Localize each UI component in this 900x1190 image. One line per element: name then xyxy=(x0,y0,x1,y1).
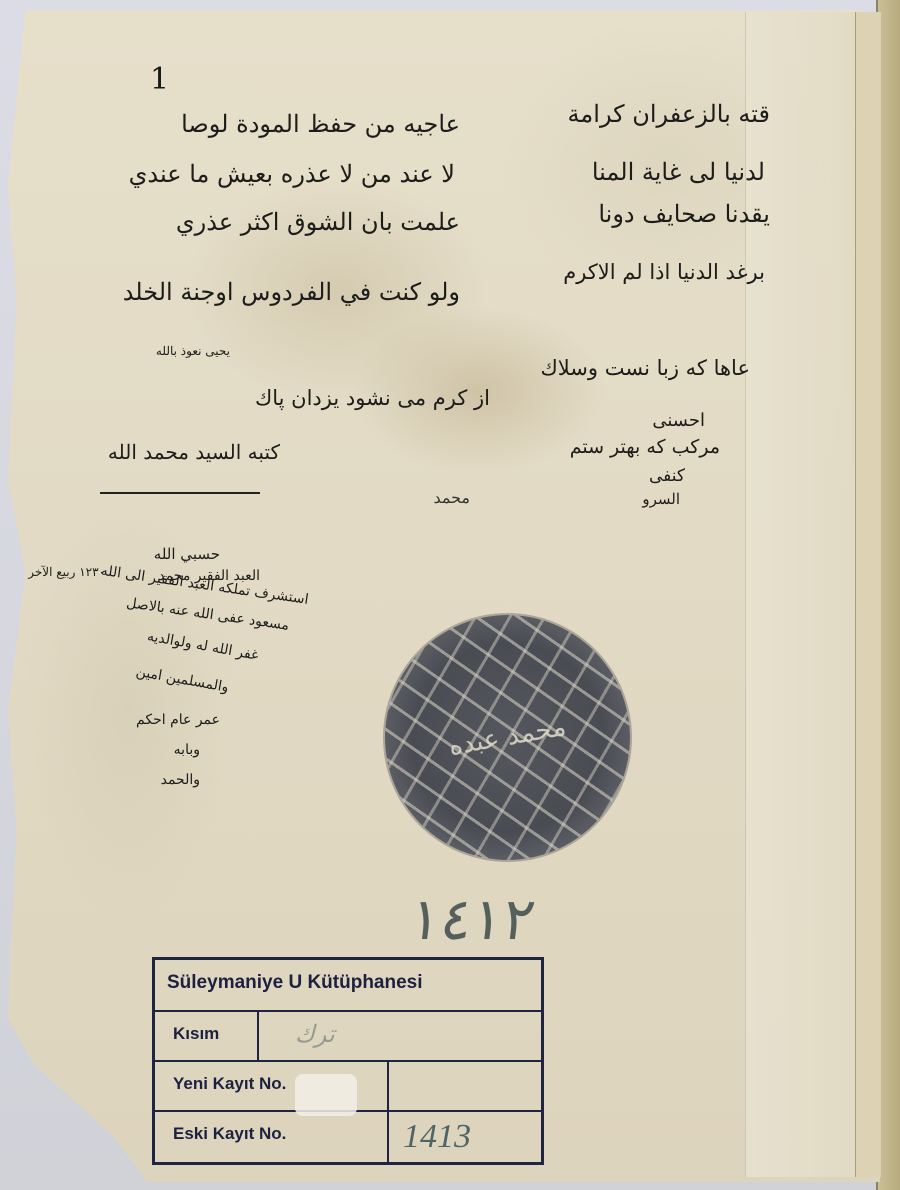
triangle-note-line-8: والحمد xyxy=(161,772,200,788)
stamp-value-kisim: ترك xyxy=(295,1020,335,1049)
folio-number: 1 xyxy=(150,62,169,97)
verse-line-1-left: عاجيه من حفظ المودة لوصا xyxy=(181,110,460,138)
verse-line-3-left: علمت بان الشوق اكثر عذري xyxy=(176,208,460,236)
stamp-title-row: Süleymaniye U Kütüphanesi xyxy=(155,960,541,1012)
triangle-note-line-7: وبابه xyxy=(174,742,200,758)
verse-line-4-left: ولو كنت في الفردوس اوجنة الخلد xyxy=(123,278,460,306)
stamp-divider xyxy=(387,1112,389,1162)
page-gutter xyxy=(855,12,881,1177)
triangle-note-line-6: عمر عام احكم xyxy=(136,712,220,728)
verse-line-2-left: لا عند من لا عذره بعيش ما عندي xyxy=(129,160,455,188)
stamp-row-eski-kayit: Eski Kayıt No. 1413 xyxy=(155,1112,541,1162)
stamp-divider xyxy=(257,1012,259,1060)
verse-line-4-right: برغد الدنيا اذا لم الاكرم xyxy=(563,260,765,284)
small-note: يحيى نعوذ بالله xyxy=(156,344,230,358)
right-note-line-4: السرو xyxy=(642,490,680,508)
marginal-mark: محمد xyxy=(433,488,470,507)
library-stamp: Süleymaniye U Kütüphanesi Kısım ترك Yeni… xyxy=(152,957,544,1165)
verse-line-1-right: قته بالزعفران كرامة xyxy=(568,100,770,128)
signature-underline xyxy=(100,492,260,494)
paper-repair-strip xyxy=(745,12,856,1177)
persian-line-lower: از كرم مى نشود يزدان پاك xyxy=(255,386,490,410)
paper-loss-spot xyxy=(295,1074,357,1116)
signature-note: كتبه السيد محمد الله xyxy=(108,440,280,464)
triangle-note-date: ١٢٣٠ ربيع الآخر xyxy=(28,565,105,579)
stamp-label-eski-kayit: Eski Kayıt No. xyxy=(173,1124,286,1144)
catalog-number: ١٤١٢ xyxy=(405,885,539,953)
stamp-row-kisim: Kısım ترك xyxy=(155,1012,541,1062)
triangle-note-heading: حسبي الله xyxy=(154,545,220,563)
stamp-divider xyxy=(387,1062,389,1110)
stamp-title: Süleymaniye U Kütüphanesi xyxy=(167,972,423,994)
persian-line-upper: عاها كه زبا نست وسلاك xyxy=(540,356,750,380)
right-note-line-2: مركب كه بهتر ستم xyxy=(570,436,720,458)
right-note-line-1: احسنى xyxy=(652,410,705,431)
stamp-value-eski-kayit: 1413 xyxy=(403,1118,471,1156)
stamp-label-yeni-kayit: Yeni Kayıt No. xyxy=(173,1074,286,1094)
stamp-row-yeni-kayit: Yeni Kayıt No. xyxy=(155,1062,541,1112)
owner-seal: محمد عبده xyxy=(385,615,630,860)
seal-inscription: محمد عبده xyxy=(385,615,630,860)
verse-line-2-right: لدنيا لى غاية المنا xyxy=(592,158,765,186)
verse-line-3-right: يقدنا صحايف دونا xyxy=(598,200,770,228)
stamp-label-kisim: Kısım xyxy=(173,1024,219,1044)
right-note-line-3: كنفى xyxy=(649,466,685,486)
